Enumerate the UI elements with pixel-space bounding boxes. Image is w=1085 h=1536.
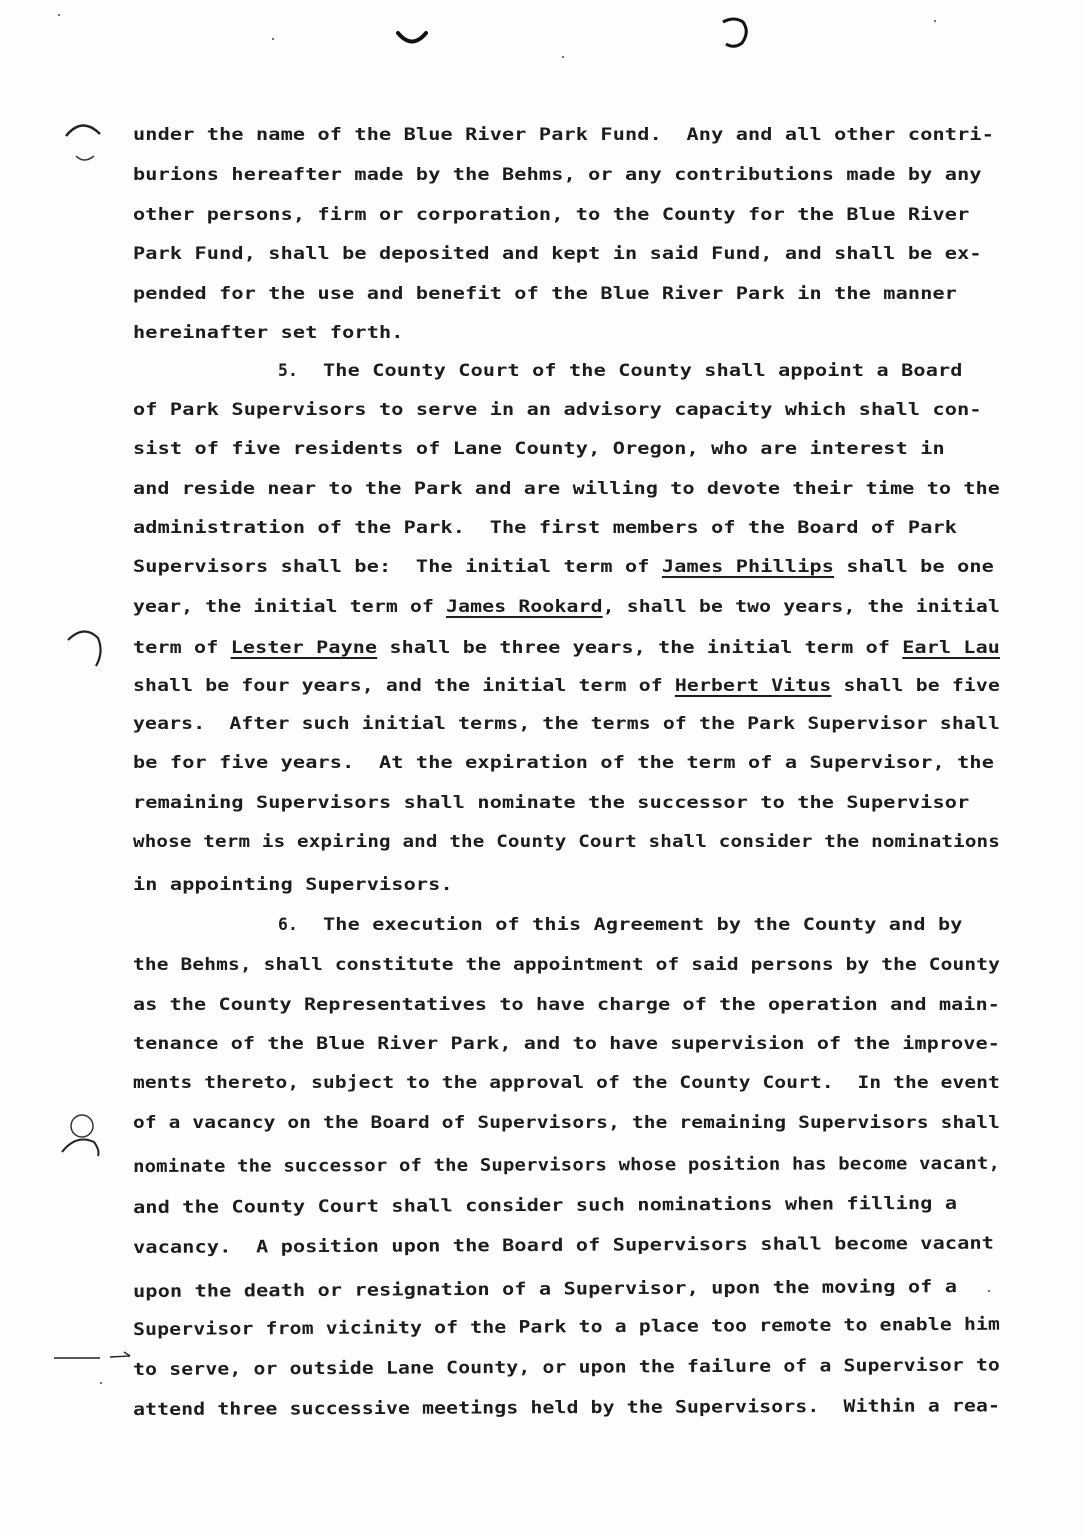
margin-hole-mark-icon <box>56 1112 106 1158</box>
text-line: tenance of the Blue River Park, and to h… <box>133 1034 1000 1054</box>
margin-rule-mark-icon <box>50 1348 134 1362</box>
supervisor-name: Earl Lau <box>902 638 1000 658</box>
margin-hole-mark-icon <box>62 118 108 168</box>
section-number: 6. <box>278 915 298 935</box>
supervisor-name: Herbert Vitus <box>675 676 832 696</box>
text-line: term of Lester Payne shall be three year… <box>133 638 1000 658</box>
text-line: The County Court of the County shall app… <box>323 361 963 381</box>
text-line: attend three successive meetings held by… <box>133 1396 1000 1420</box>
text-line: vacancy. A position upon the Board of Su… <box>133 1234 994 1258</box>
text-line: hereinafter set forth. <box>133 323 404 343</box>
text-line: The execution of this Agreement by the C… <box>323 915 963 935</box>
text-line: to serve, or outside Lane County, or upo… <box>133 1355 1000 1380</box>
text-line: and the County Court shall consider such… <box>133 1194 957 1218</box>
text-line: upon the death or resignation of a Super… <box>133 1277 957 1302</box>
text-line: whose term is expiring and the County Co… <box>133 832 1000 852</box>
text-line: years. After such initial terms, the ter… <box>133 714 1000 734</box>
punch-hole-ring-icon <box>716 14 752 50</box>
text-line: administration of the Park. The first me… <box>133 518 957 538</box>
text-line: nominate the successor of the Supervisor… <box>133 1154 1000 1177</box>
text-line: of Park Supervisors to serve in an advis… <box>133 400 982 420</box>
text-line: year, the initial term of James Rookard,… <box>133 597 1000 617</box>
text-line: the Behms, shall constitute the appointm… <box>133 955 1000 975</box>
text-line: burions hereafter made by the Behms, or … <box>133 165 982 185</box>
margin-hole-mark-icon <box>62 622 108 672</box>
punch-hole-mark-icon <box>395 28 431 48</box>
supervisor-name: Lester Payne <box>231 638 378 658</box>
text-line: pended for the use and benefit of the Bl… <box>133 284 957 304</box>
text-line: be for five years. At the expiration of … <box>133 753 994 773</box>
supervisor-name: James Phillips <box>662 557 834 577</box>
text-line: Park Fund, shall be deposited and kept i… <box>133 244 982 264</box>
text-line: in appointing Supervisors. <box>133 875 453 895</box>
section-number: 5. <box>278 361 298 381</box>
text-line: Supervisors shall be: The initial term o… <box>133 557 994 577</box>
text-line: under the name of the Blue River Park Fu… <box>133 125 994 145</box>
text-line: shall be four years, and the initial ter… <box>133 676 1000 696</box>
text-line: ments thereto, subject to the approval o… <box>133 1073 1000 1093</box>
text-line: remaining Supervisors shall nominate the… <box>133 793 969 813</box>
document-page: under the name of the Blue River Park Fu… <box>0 0 1085 1536</box>
text-line: as the County Representatives to have ch… <box>133 995 1000 1015</box>
text-line: sist of five residents of Lane County, O… <box>133 439 945 459</box>
text-line: other persons, firm or corporation, to t… <box>133 205 969 225</box>
text-line: and reside near to the Park and are will… <box>133 479 1000 499</box>
text-line: of a vacancy on the Board of Supervisors… <box>133 1113 1000 1133</box>
text-line: Supervisor from vicinity of the Park to … <box>133 1315 1000 1340</box>
supervisor-name: James Rookard <box>446 597 603 617</box>
